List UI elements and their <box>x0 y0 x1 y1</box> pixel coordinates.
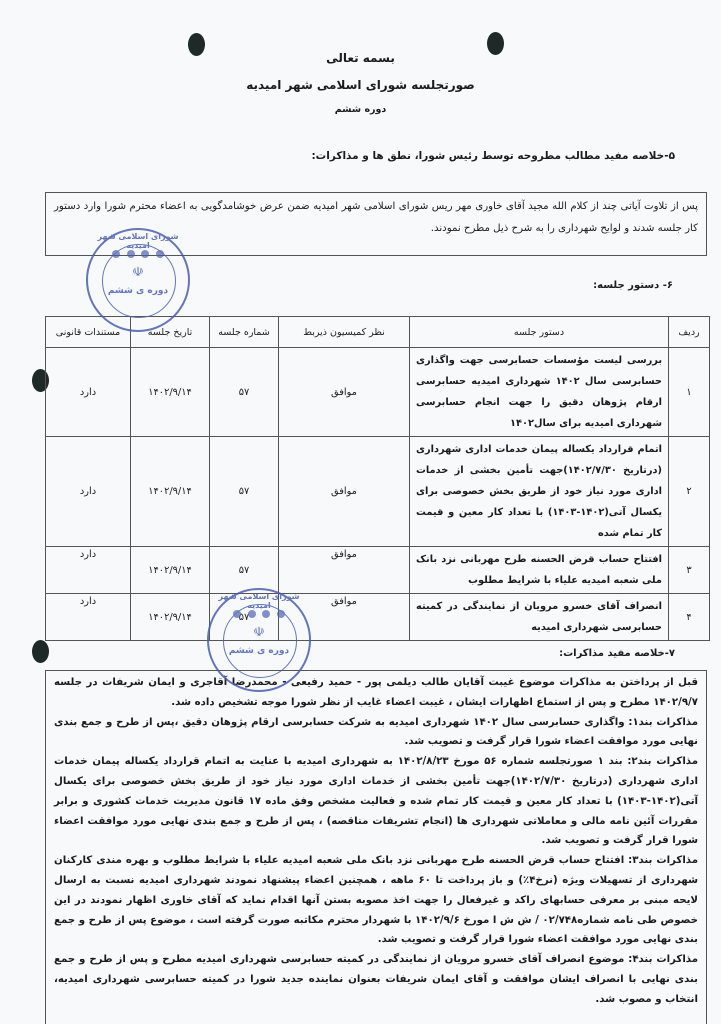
discussion-paragraph-item2: مذاکرات بند۲: بند ۱ صورتجلسه شماره ۵۶ مو… <box>54 752 698 851</box>
agenda-table: ردیف دستور جلسه نظر کمیسیون ذیربط شماره … <box>45 316 710 641</box>
row-number: ۳ <box>669 547 710 594</box>
row-number: ۲ <box>669 437 710 547</box>
row-session-no: ۵۷ <box>210 437 279 547</box>
stamp-flower-emblem <box>112 250 164 264</box>
table-row: ۴ انصراف آقای خسرو مرویان از نمایندگی در… <box>46 594 710 641</box>
row-number: ۱ <box>669 348 710 437</box>
row-committee: موافق <box>279 348 410 437</box>
section7-discussion-box: قبل از پرداختن به مذاکرات موضوع غیبت آقا… <box>45 670 707 1024</box>
row-session-date: ۱۴۰۲/۹/۱۴ <box>131 547 210 594</box>
invocation: بسمه تعالی <box>0 51 721 65</box>
col-topic: دستور جلسه <box>410 317 669 348</box>
term-label: دوره ششم <box>0 104 721 115</box>
row-committee: موافق <box>279 437 410 547</box>
col-committee: نظر کمیسیون ذیربط <box>279 317 410 348</box>
council-seal-stamp: شورای اسلامی شهر امیدیه ☫ دوره ی ششم <box>86 228 190 332</box>
punch-hole-left-lower <box>32 640 49 663</box>
stamp-period-text: دوره ی ششم <box>88 286 188 296</box>
row-topic: بررسی لیست مؤسسات حسابرسی جهت واگذاری حس… <box>410 348 669 437</box>
section6-heading: ۶- دستور جلسه: <box>593 280 673 291</box>
stamp-period-text: دوره ی ششم <box>209 646 309 656</box>
row-legal-docs: دارد <box>46 594 131 641</box>
row-topic: افتتاح حساب قرض الحسنه طرح مهربانی نزد ب… <box>410 547 669 594</box>
table-row: ۳ افتتاح حساب قرض الحسنه طرح مهربانی نزد… <box>46 547 710 594</box>
stamp-flower-emblem <box>233 610 285 624</box>
council-seal-stamp: شورای اسلامی شهر امیدیه ☫ دوره ی ششم <box>207 588 311 692</box>
row-session-no: ۵۷ <box>210 547 279 594</box>
row-session-date: ۱۴۰۲/۹/۱۴ <box>131 437 210 547</box>
col-session-no: شماره جلسه <box>210 317 279 348</box>
row-session-date: ۱۴۰۲/۹/۱۴ <box>131 348 210 437</box>
page-title: صورتجلسه شورای اسلامی شهر امیدیه <box>0 78 721 92</box>
section5-heading: ۵-خلاصه مفید مطالب مطروحه توسط رئیس شورا… <box>311 150 675 162</box>
table-row: ۲ اتمام قرارداد یکساله پیمان خدمات اداری… <box>46 437 710 547</box>
row-session-no: ۵۷ <box>210 348 279 437</box>
iran-emblem-icon: ☫ <box>247 624 271 642</box>
discussion-paragraph-absence: قبل از پرداختن به مذاکرات موضوع غیبت آقا… <box>54 673 698 713</box>
row-topic: انصراف آقای خسرو مرویان از نمایندگی در ک… <box>410 594 669 641</box>
discussion-paragraph-item4: مذاکرات بند۴: موضوع انصراف آقای خسرو مرو… <box>54 950 698 1009</box>
iran-emblem-icon: ☫ <box>126 264 150 282</box>
row-committee: موافق <box>279 547 410 594</box>
discussion-paragraph-item3: مذاکرات بند۳: افتتاح حساب قرض الحسنه طرح… <box>54 851 698 950</box>
row-topic: اتمام قرارداد یکساله پیمان خدمات اداری ش… <box>410 437 669 547</box>
row-legal-docs: دارد <box>46 437 131 547</box>
section7-heading: ۷-خلاصه مفید مذاکرات: <box>559 648 675 659</box>
row-number: ۴ <box>669 594 710 641</box>
table-row: ۱ بررسی لیست مؤسسات حسابرسی جهت واگذاری … <box>46 348 710 437</box>
row-legal-docs: دارد <box>46 348 131 437</box>
row-session-date: ۱۴۰۲/۹/۱۴ <box>131 594 210 641</box>
discussion-paragraph-item1: مذاکرات بند۱: واگذاری حسابرسی سال ۱۴۰۲ ش… <box>54 713 698 753</box>
row-legal-docs: دارد <box>46 547 131 594</box>
col-row-no: ردیف <box>669 317 710 348</box>
council-minutes-page: بسمه تعالی صورتجلسه شورای اسلامی شهر امی… <box>0 0 721 1024</box>
